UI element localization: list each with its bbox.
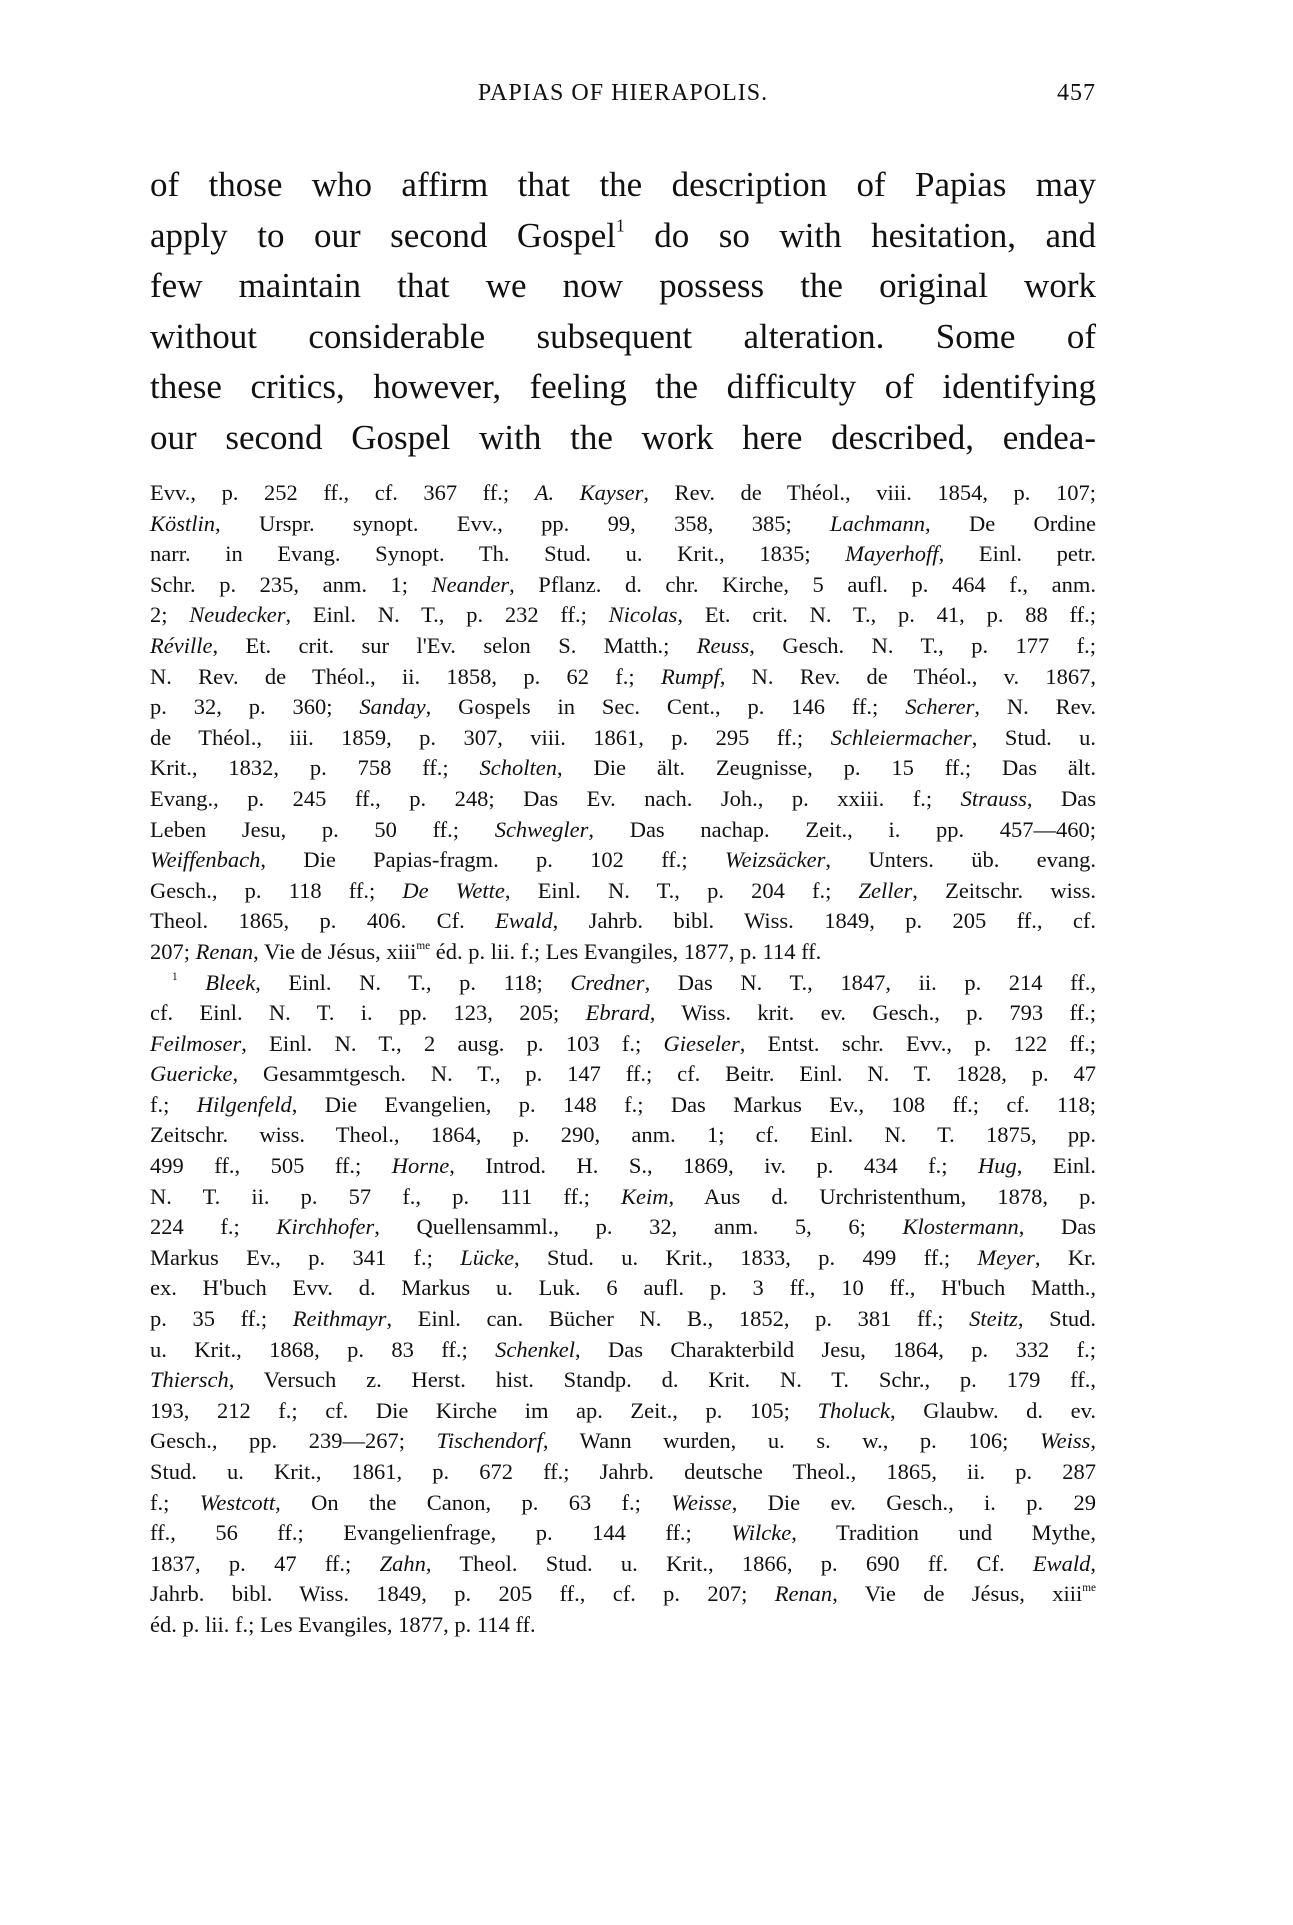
footnote-line: Evv., p. 252 ff., cf. 367 ff.; A. Kayser…: [150, 478, 1096, 509]
author-name: Steitz: [969, 1306, 1018, 1331]
body-line: of those who affirm that the description…: [150, 160, 1096, 211]
author-name: Ewald: [495, 908, 553, 933]
footnote-line: Thiersch, Versuch z. Herst. hist. Standp…: [150, 1365, 1096, 1396]
footnote-line: Krit., 1832, p. 758 ff.; Scholten, Die ä…: [150, 753, 1096, 784]
author-name: Guericke: [150, 1061, 232, 1086]
author-name: Weizsäcker: [725, 847, 825, 872]
author-name: Réville: [150, 633, 212, 658]
author-name: Credner: [570, 970, 644, 995]
author-name: Köstlin: [150, 511, 215, 536]
author-name: Kirchhofer: [276, 1214, 374, 1239]
author-name: Neudecker: [189, 602, 285, 627]
footnote-line: ex. H'buch Evv. d. Markus u. Luk. 6 aufl…: [150, 1273, 1096, 1304]
author-name: De Wette: [402, 878, 505, 903]
footnote-line: Stud. u. Krit., 1861, p. 672 ff.; Jahrb.…: [150, 1457, 1096, 1488]
footnote-line: narr. in Evang. Synopt. Th. Stud. u. Kri…: [150, 539, 1096, 570]
body-line: our second Gospel with the work here des…: [150, 413, 1096, 464]
author-name: Sanday: [359, 694, 425, 719]
author-name: Neander: [432, 572, 510, 597]
footnote-line: 1837, p. 47 ff.; Zahn, Theol. Stud. u. K…: [150, 1549, 1096, 1580]
author-name: Scherer: [905, 694, 974, 719]
running-title: PAPIAS OF HIERAPOLIS.: [150, 80, 1096, 107]
running-head: PAPIAS OF HIERAPOLIS. 457: [150, 80, 1096, 116]
body-line: apply to our second Gospel1 do so with h…: [150, 211, 1096, 262]
footnote-line: Jahrb. bibl. Wiss. 1849, p. 205 ff., cf.…: [150, 1579, 1096, 1610]
body-line: without considerable subsequent alterati…: [150, 312, 1096, 363]
author-name: Wilcke: [731, 1520, 791, 1545]
footnote-line: f.; Westcott, On the Canon, p. 63 f.; We…: [150, 1488, 1096, 1519]
author-name: Rumpf: [661, 664, 720, 689]
footnote-line: p. 32, p. 360; Sanday, Gospels in Sec. C…: [150, 692, 1096, 723]
author-name: Lücke: [460, 1245, 514, 1270]
body-line-text: apply to our second Gospel: [150, 216, 616, 255]
footnote-line: ff., 56 ff.; Evangelienfrage, p. 144 ff.…: [150, 1518, 1096, 1549]
footnote-1: 1 Bleek, Einl. N. T., p. 118; Credner, D…: [150, 968, 1096, 1641]
footnote-continued: Evv., p. 252 ff., cf. 367 ff.; A. Kayser…: [150, 478, 1096, 968]
footnote-line: Gesch., p. 118 ff.; De Wette, Einl. N. T…: [150, 876, 1096, 907]
page-number: 457: [1057, 80, 1096, 107]
footnote-line: Feilmoser, Einl. N. T., 2 ausg. p. 103 f…: [150, 1029, 1096, 1060]
author-name: Weiffenbach: [150, 847, 260, 872]
footnote-line: Leben Jesu, p. 50 ff.; Schwegler, Das na…: [150, 815, 1096, 846]
author-name: Reithmayr: [293, 1306, 387, 1331]
footnote-line: Theol. 1865, p. 406. Cf. Ewald, Jahrb. b…: [150, 906, 1096, 937]
footnote-line: Weiffenbach, Die Papias-fragm. p. 102 ff…: [150, 845, 1096, 876]
author-name: Schleiermacher: [831, 725, 972, 750]
footnote-line: Köstlin, Urspr. synopt. Evv., pp. 99, 35…: [150, 509, 1096, 540]
footnote-line: Réville, Et. crit. sur l'Ev. selon S. Ma…: [150, 631, 1096, 662]
author-name: Mayerhoff: [845, 541, 938, 566]
footnote-line: 193, 212 f.; cf. Die Kirche im ap. Zeit.…: [150, 1396, 1096, 1427]
author-name: Westcott: [200, 1490, 275, 1515]
footnote-line: 1 Bleek, Einl. N. T., p. 118; Credner, D…: [150, 968, 1096, 999]
author-name: Scholten: [480, 755, 557, 780]
footnote-line: 2; Neudecker, Einl. N. T., p. 232 ff.; N…: [150, 600, 1096, 631]
author-name: Renan: [196, 939, 253, 964]
footnote-line: N. Rev. de Théol., ii. 1858, p. 62 f.; R…: [150, 662, 1096, 693]
author-name: Klostermann: [903, 1214, 1019, 1239]
footnote-line: f.; Hilgenfeld, Die Evangelien, p. 148 f…: [150, 1090, 1096, 1121]
author-name: Nicolas: [609, 602, 678, 627]
body-line: few maintain that we now possess the ori…: [150, 261, 1096, 312]
author-name: Meyer: [977, 1245, 1034, 1270]
author-name: Feilmoser: [150, 1031, 241, 1056]
author-name: Bleek: [205, 970, 255, 995]
author-name: Hug: [978, 1153, 1017, 1178]
footnote-line: Markus Ev., p. 341 f.; Lücke, Stud. u. K…: [150, 1243, 1096, 1274]
footnote-line: 207; Renan, Vie de Jésus, xiiime éd. p. …: [150, 937, 1096, 968]
author-name: Reuss: [697, 633, 750, 658]
body-line: these critics, however, feeling the diff…: [150, 362, 1096, 413]
author-name: Gieseler: [664, 1031, 740, 1056]
author-name: A. Kayser: [535, 480, 644, 505]
footnote-line: 499 ff., 505 ff.; Horne, Introd. H. S., …: [150, 1151, 1096, 1182]
footnotes: Evv., p. 252 ff., cf. 367 ff.; A. Kayser…: [150, 478, 1096, 1641]
author-name: Ewald: [1033, 1551, 1091, 1576]
author-name: Zeller: [859, 878, 913, 903]
footnote-line: de Théol., iii. 1859, p. 307, viii. 1861…: [150, 723, 1096, 754]
footnote-marker: 1: [172, 970, 178, 982]
footnote-line: Evang., p. 245 ff., p. 248; Das Ev. nach…: [150, 784, 1096, 815]
footnote-line: p. 35 ff.; Reithmayr, Einl. can. Bücher …: [150, 1304, 1096, 1335]
superscript: me: [1082, 1582, 1096, 1594]
footnote-line: Schr. p. 235, anm. 1; Neander, Pflanz. d…: [150, 570, 1096, 601]
author-name: Weiss: [1040, 1428, 1090, 1453]
footnote-line: Guericke, Gesammtgesch. N. T., p. 147 ff…: [150, 1059, 1096, 1090]
footnote-line: u. Krit., 1868, p. 83 ff.; Schenkel, Das…: [150, 1335, 1096, 1366]
footnote-ref: 1: [616, 215, 625, 235]
author-name: Horne: [392, 1153, 450, 1178]
footnote-line: éd. p. lii. f.; Les Evangiles, 1877, p. …: [150, 1610, 1096, 1641]
footnote-line: N. T. ii. p. 57 f., p. 111 ff.; Keim, Au…: [150, 1182, 1096, 1213]
body-line-text: do so with hesitation, and: [654, 216, 1096, 255]
author-name: Lachmann: [830, 511, 925, 536]
footnote-line: Zeitschr. wiss. Theol., 1864, p. 290, an…: [150, 1120, 1096, 1151]
author-name: Renan: [775, 1581, 832, 1606]
author-name: Schwegler: [495, 817, 589, 842]
footnote-line: 224 f.; Kirchhofer, Quellensamml., p. 32…: [150, 1212, 1096, 1243]
footnote-line: Gesch., pp. 239—267; Tischendorf, Wann w…: [150, 1426, 1096, 1457]
author-name: Weisse: [671, 1490, 731, 1515]
author-name: Zahn: [380, 1551, 426, 1576]
author-name: Ebrard: [586, 1000, 650, 1025]
superscript: me: [416, 940, 430, 952]
author-name: Hilgenfeld: [197, 1092, 292, 1117]
author-name: Tholuck: [818, 1398, 891, 1423]
author-name: Strauss: [961, 786, 1027, 811]
footnote-line: cf. Einl. N. T. i. pp. 123, 205; Ebrard,…: [150, 998, 1096, 1029]
author-name: Thiersch: [150, 1367, 229, 1392]
body-text: of those who affirm that the description…: [150, 160, 1096, 463]
author-name: Tischendorf: [437, 1428, 543, 1453]
author-name: Keim: [621, 1184, 669, 1209]
author-name: Schenkel: [495, 1337, 575, 1362]
